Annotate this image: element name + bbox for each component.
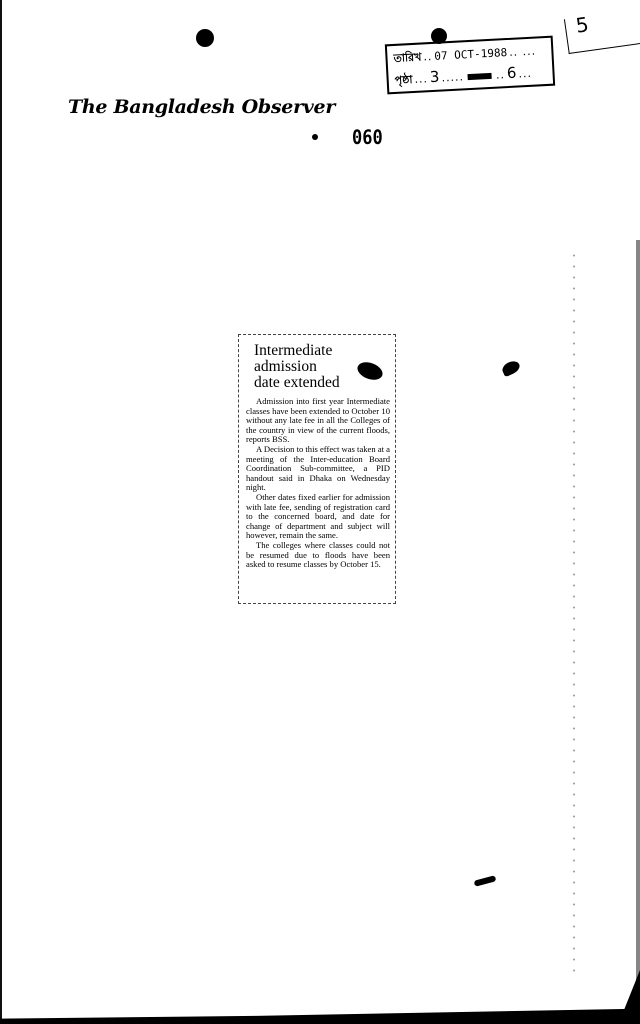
archive-stamp: তারিখ .. 07 OCT-1988 .. ... পৃষ্ঠা ... 3… bbox=[385, 36, 555, 95]
newspaper-masthead: The Bangladesh Observer bbox=[68, 96, 335, 118]
stamp-column-value: 6 bbox=[506, 64, 516, 82]
bleed-through-text bbox=[518, 250, 630, 980]
clipping-paragraph: Other dates fixed earlier for admission … bbox=[246, 493, 390, 541]
punch-hole-left bbox=[196, 29, 214, 47]
stamp-date-label: তারিখ bbox=[393, 49, 422, 69]
scan-right-edge bbox=[636, 240, 640, 1000]
stamp-date-value: 07 OCT-1988 bbox=[434, 46, 507, 63]
stamp-page-value: 3 bbox=[429, 68, 439, 86]
stamp-page-label: পৃষ্ঠা bbox=[394, 71, 413, 91]
scan-left-edge bbox=[0, 0, 2, 1024]
page-code: 060 bbox=[352, 127, 383, 150]
file-number: 5 bbox=[574, 12, 590, 38]
scan-bottom-edge bbox=[0, 1006, 640, 1024]
clipping-paragraph: Admission into first year Intermediate c… bbox=[246, 397, 390, 445]
news-clipping: Intermediate admission date extended Adm… bbox=[238, 334, 396, 604]
clipping-paragraph: The colleges where classes could not be … bbox=[246, 541, 390, 570]
clipping-paragraph: A Decision to this effect was taken at a… bbox=[246, 445, 390, 493]
clipping-body: Admission into first year Intermediate c… bbox=[246, 397, 390, 570]
ink-spot bbox=[312, 134, 318, 140]
handwritten-file-mark: 5 bbox=[564, 9, 640, 54]
ink-smudge bbox=[474, 875, 497, 886]
stamp-column-label-redacted bbox=[468, 73, 492, 80]
